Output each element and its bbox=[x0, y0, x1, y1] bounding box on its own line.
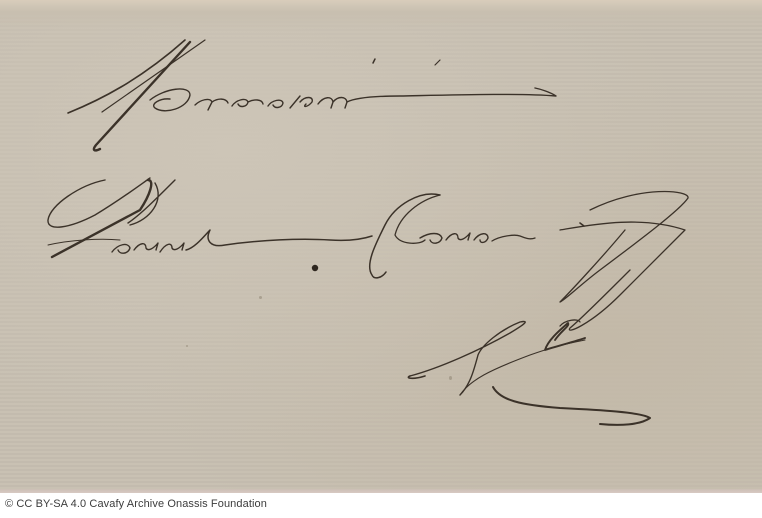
envelope-scan: Monsieur Paul . Cavafy bbox=[0, 0, 762, 493]
license-caption: © CC BY-SA 4.0 Cavafy Archive Onassis Fo… bbox=[5, 498, 267, 510]
handwriting: Monsieur Paul . Cavafy bbox=[0, 0, 762, 493]
paper-speck bbox=[449, 376, 452, 380]
paper-speck bbox=[186, 345, 188, 347]
handwriting-line-monsieur: Monsieur bbox=[68, 40, 556, 150]
handwriting-line-addressee: Paul . Cavafy bbox=[48, 178, 688, 330]
handwriting-line-flourish: S/E bbox=[408, 320, 650, 425]
paper-speck bbox=[259, 296, 262, 299]
